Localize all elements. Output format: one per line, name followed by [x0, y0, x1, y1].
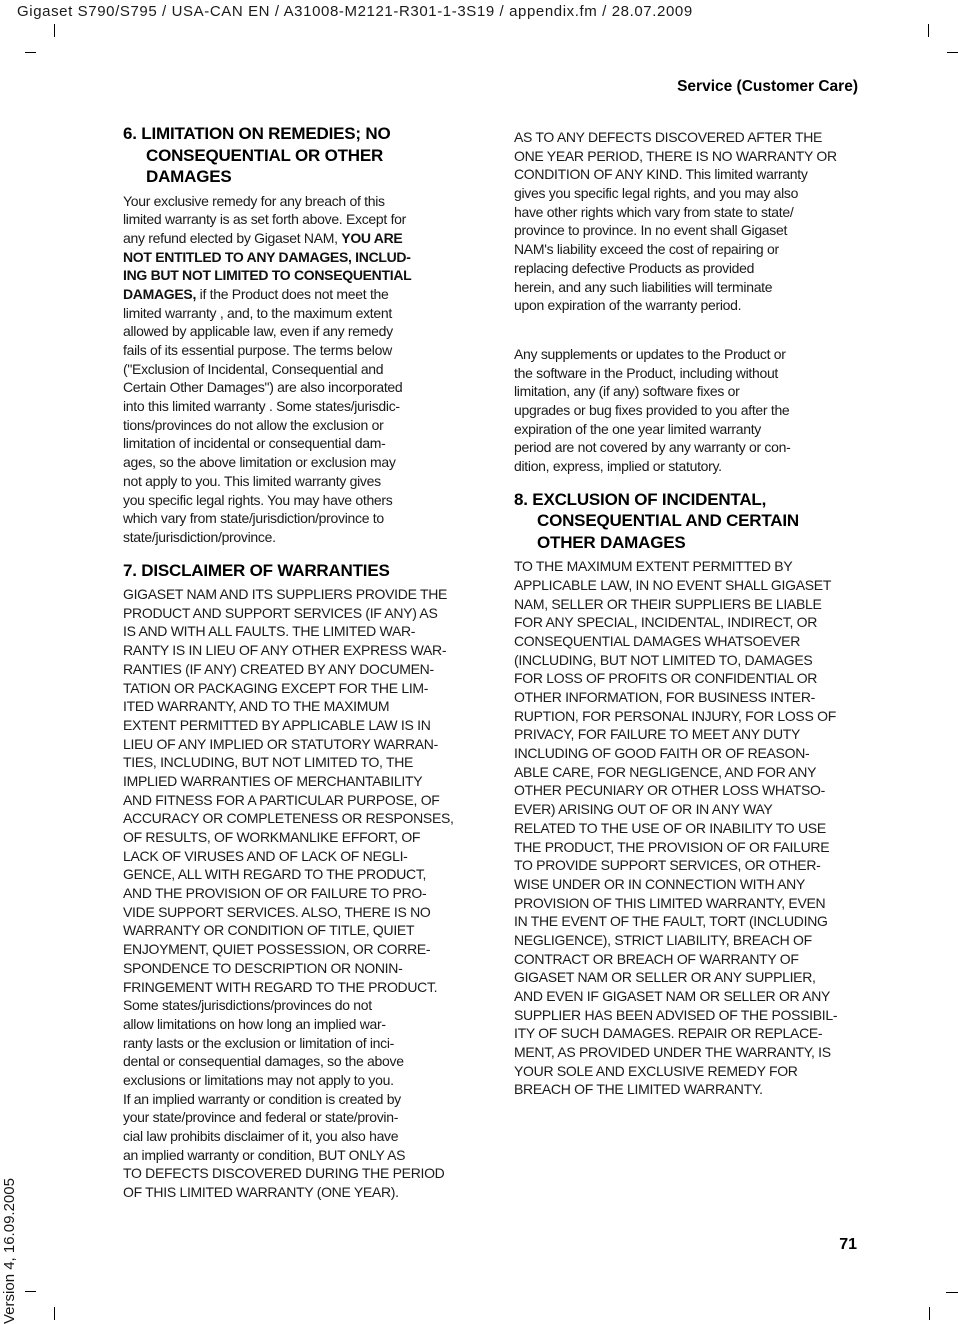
text-line: TIES, INCLUDING, BUT NOT LIMITED TO, THE — [123, 753, 460, 772]
text-line: gives you specific legal rights, and you… — [514, 184, 858, 203]
text-line: ITED WARRANTY, AND TO THE MAXIMUM — [123, 697, 460, 716]
text-line: have other rights which vary from state … — [514, 203, 858, 222]
version-note: Version 4, 16.09.2005 — [1, 1178, 18, 1324]
text-line: Your exclusive remedy for any breach of … — [123, 192, 460, 211]
text-line: RUPTION, FOR PERSONAL INJURY, FOR LOSS O… — [514, 707, 858, 726]
text-line: dental or consequential damages, so the … — [123, 1052, 460, 1071]
text-line: herein, and any such liabilities will te… — [514, 278, 858, 297]
text-line: WARRANTY OR CONDITION OF TITLE, QUIET — [123, 921, 460, 940]
text-line: NEGLIGENCE), STRICT LIABILITY, BREACH OF — [514, 931, 858, 950]
text-line: SPONDENCE TO DESCRIPTION OR NONIN- — [123, 959, 460, 978]
text-line: period are not covered by any warranty o… — [514, 438, 858, 457]
text-line: the software in the Product, including w… — [514, 364, 858, 383]
text-line: limited warranty , and, to the maximum e… — [123, 304, 460, 323]
text-line: ranty lasts or the exclusion or limitati… — [123, 1034, 460, 1053]
text-line: GENCE, ALL WITH REGARD TO THE PRODUCT, — [123, 865, 460, 884]
text-line: SUPPLIER HAS BEEN ADVISED OF THE POSSIBI… — [514, 1006, 858, 1025]
text-line: OTHER PECUNIARY OR OTHER LOSS WHATSO- — [514, 781, 858, 800]
heading-line: OTHER DAMAGES — [514, 532, 858, 554]
text-line: EVER) ARISING OUT OF OR IN ANY WAY — [514, 800, 858, 819]
text-line: AS TO ANY DEFECTS DISCOVERED AFTER THE — [514, 128, 858, 147]
text-line: TATION OR PACKAGING EXCEPT FOR THE LIM- — [123, 679, 460, 698]
text-line: limitation of incidental or consequentia… — [123, 434, 460, 453]
text-line: VIDE SUPPORT SERVICES. ALSO, THERE IS NO — [123, 903, 460, 922]
text-line: replacing defective Products as provided — [514, 259, 858, 278]
text-line: tions/provinces do not allow the exclusi… — [123, 416, 460, 435]
crop-mark — [929, 1307, 930, 1320]
text-line: state/jurisdiction/province. — [123, 528, 460, 547]
text-line: FOR ANY SPECIAL, INCIDENTAL, INDIRECT, O… — [514, 613, 858, 632]
text-line: AND EVEN IF GIGASET NAM OR SELLER OR ANY — [514, 987, 858, 1006]
crop-mark — [928, 24, 929, 37]
text-line: which vary from state/jurisdiction/provi… — [123, 509, 460, 528]
text-line: OF THIS LIMITED WARRANTY (ONE YEAR). — [123, 1183, 460, 1202]
text-line: cial law prohibits disclaimer of it, you… — [123, 1127, 460, 1146]
text-line: ING BUT NOT LIMITED TO CONSEQUENTIAL — [123, 266, 460, 285]
text-line: ONE YEAR PERIOD, THERE IS NO WARRANTY OR — [514, 147, 858, 166]
text-line: YOUR SOLE AND EXCLUSIVE REMEDY FOR — [514, 1062, 858, 1081]
text-line: FOR LOSS OF PROFITS OR CONFIDENTIAL OR — [514, 669, 858, 688]
text-line: PRODUCT AND SUPPORT SERVICES (IF ANY) AS — [123, 604, 460, 623]
text-line: IMPLIED WARRANTIES OF MERCHANTABILITY — [123, 772, 460, 791]
text-line: MENT, AS PROVIDED UNDER THE WARRANTY, IS — [514, 1043, 858, 1062]
text-line: (INCLUDING, BUT NOT LIMITED TO, DAMAGES — [514, 651, 858, 670]
text-line: INCLUDING OF GOOD FAITH OR OF REASON- — [514, 744, 858, 763]
text-line: RANTY IS IN LIEU OF ANY OTHER EXPRESS WA… — [123, 641, 460, 660]
running-section-title: Service (Customer Care) — [677, 78, 858, 96]
text-line: GIGASET NAM AND ITS SUPPLIERS PROVIDE TH… — [123, 585, 460, 604]
text-line: an implied warranty or condition, BUT ON… — [123, 1146, 460, 1165]
crop-mark — [54, 1307, 55, 1320]
right-column: AS TO ANY DEFECTS DISCOVERED AFTER THEON… — [514, 123, 858, 1099]
page-number: 71 — [839, 1236, 857, 1254]
heading-line: 7. DISCLAIMER OF WARRANTIES — [123, 560, 460, 582]
paragraph: TO THE MAXIMUM EXTENT PERMITTED BYAPPLIC… — [514, 557, 858, 1099]
text-line: limitation, any (if any) software fixes … — [514, 382, 858, 401]
text-line: LACK OF VIRUSES AND OF LACK OF NEGLI- — [123, 847, 460, 866]
text-line: NOT ENTITLED TO ANY DAMAGES, INCLUD- — [123, 248, 460, 267]
text-line: TO DEFECTS DISCOVERED DURING THE PERIOD — [123, 1164, 460, 1183]
heading-line: CONSEQUENTIAL OR OTHER — [123, 145, 460, 167]
text-line: exclusions or limitations may not apply … — [123, 1071, 460, 1090]
text-line: Some states/jurisdictions/provinces do n… — [123, 996, 460, 1015]
text-line: If an implied warranty or condition is c… — [123, 1090, 460, 1109]
text-line: allowed by applicable law, even if any r… — [123, 322, 460, 341]
text-line: PRIVACY, FOR FAILURE TO MEET ANY DUTY — [514, 725, 858, 744]
text-line: not apply to you. This limited warranty … — [123, 472, 460, 491]
text-line: ages, so the above limitation or exclusi… — [123, 453, 460, 472]
heading-line: DAMAGES — [123, 166, 460, 188]
text-line: allow limitations on how long an implied… — [123, 1015, 460, 1034]
text-line: LIEU OF ANY IMPLIED OR STATUTORY WARRAN- — [123, 735, 460, 754]
document-header: Gigaset S790/S795 / USA-CAN EN / A31008-… — [17, 3, 693, 20]
text-line: THE PRODUCT, THE PROVISION OF OR FAILURE — [514, 838, 858, 857]
crop-mark — [25, 1291, 36, 1292]
text-line: upgrades or bug fixes provided to you af… — [514, 401, 858, 420]
paragraph: Any supplements or updates to the Produc… — [514, 345, 858, 476]
section-heading: 6. LIMITATION ON REMEDIES; NOCONSEQUENTI… — [123, 123, 460, 188]
section-heading: 7. DISCLAIMER OF WARRANTIES — [123, 560, 460, 582]
text-line: limited warranty is as set forth above. … — [123, 210, 460, 229]
text-line: IN THE EVENT OF THE FAULT, TORT (INCLUDI… — [514, 912, 858, 931]
text-line: APPLICABLE LAW, IN NO EVENT SHALL GIGASE… — [514, 576, 858, 595]
crop-mark — [946, 1292, 958, 1293]
paragraph: Your exclusive remedy for any breach of … — [123, 192, 460, 547]
paragraph: GIGASET NAM AND ITS SUPPLIERS PROVIDE TH… — [123, 585, 460, 1202]
text-line: ENJOYMENT, QUIET POSSESSION, OR CORRE- — [123, 940, 460, 959]
heading-line: 8. EXCLUSION OF INCIDENTAL, — [514, 489, 858, 511]
text-line: NAM's liability exceed the cost of repai… — [514, 240, 858, 259]
text-line: your state/province and federal or state… — [123, 1108, 460, 1127]
text-line: EXTENT PERMITTED BY APPLICABLE LAW IS IN — [123, 716, 460, 735]
text-line: ITY OF SUCH DAMAGES. REPAIR OR REPLACE- — [514, 1024, 858, 1043]
text-line: into this limited warranty . Some states… — [123, 397, 460, 416]
text-line: you specific legal rights. You may have … — [123, 491, 460, 510]
text-line: GIGASET NAM OR SELLER OR ANY SUPPLIER, — [514, 968, 858, 987]
text-line: NAM, SELLER OR THEIR SUPPLIERS BE LIABLE — [514, 595, 858, 614]
text-line: ACCURACY OR COMPLETENESS OR RESPONSES, — [123, 809, 460, 828]
text-line: ("Exclusion of Incidental, Consequential… — [123, 360, 460, 379]
text-line: BREACH OF THE LIMITED WARRANTY. — [514, 1080, 858, 1099]
crop-mark — [947, 52, 958, 53]
text-line: expiration of the one year limited warra… — [514, 420, 858, 439]
text-line: CONSEQUENTIAL DAMAGES WHATSOEVER — [514, 632, 858, 651]
text-line: province to province. In no event shall … — [514, 221, 858, 240]
text-line: Certain Other Damages") are also incorpo… — [123, 378, 460, 397]
text-line: RELATED TO THE USE OF OR INABILITY TO US… — [514, 819, 858, 838]
left-column: 6. LIMITATION ON REMEDIES; NOCONSEQUENTI… — [123, 123, 460, 1202]
text-line: Any supplements or updates to the Produc… — [514, 345, 858, 364]
text-line: DAMAGES, if the Product does not meet th… — [123, 285, 460, 304]
text-line: any refund elected by Gigaset NAM, YOU A… — [123, 229, 460, 248]
text-line: RANTIES (IF ANY) CREATED BY ANY DOCUMEN- — [123, 660, 460, 679]
heading-line: CONSEQUENTIAL AND CERTAIN — [514, 510, 858, 532]
text-line: OF RESULTS, OF WORKMANLIKE EFFORT, OF — [123, 828, 460, 847]
text-line: PROVISION OF THIS LIMITED WARRANTY, EVEN — [514, 894, 858, 913]
text-line: CONTRACT OR BREACH OF WARRANTY OF — [514, 950, 858, 969]
text-line: FRINGEMENT WITH REGARD TO THE PRODUCT. — [123, 978, 460, 997]
paragraph: AS TO ANY DEFECTS DISCOVERED AFTER THEON… — [514, 128, 858, 315]
text-line: OTHER INFORMATION, FOR BUSINESS INTER- — [514, 688, 858, 707]
text-line: dition, express, implied or statutory. — [514, 457, 858, 476]
text-line: AND FITNESS FOR A PARTICULAR PURPOSE, OF — [123, 791, 460, 810]
text-line: TO THE MAXIMUM EXTENT PERMITTED BY — [514, 557, 858, 576]
text-line: ABLE CARE, FOR NEGLIGENCE, AND FOR ANY — [514, 763, 858, 782]
crop-mark — [25, 52, 36, 53]
text-line: AND THE PROVISION OF OR FAILURE TO PRO- — [123, 884, 460, 903]
text-line: TO PROVIDE SUPPORT SERVICES, OR OTHER- — [514, 856, 858, 875]
section-heading: 8. EXCLUSION OF INCIDENTAL,CONSEQUENTIAL… — [514, 489, 858, 554]
document-page: Gigaset S790/S795 / USA-CAN EN / A31008-… — [0, 0, 958, 1324]
text-line: IS AND WITH ALL FAULTS. THE LIMITED WAR- — [123, 622, 460, 641]
heading-line: 6. LIMITATION ON REMEDIES; NO — [123, 123, 460, 145]
text-line: CONDITION OF ANY KIND. This limited warr… — [514, 165, 858, 184]
crop-mark — [54, 24, 55, 37]
text-line: fails of its essential purpose. The term… — [123, 341, 460, 360]
text-line: WISE UNDER OR IN CONNECTION WITH ANY — [514, 875, 858, 894]
text-line: upon expiration of the warranty period. — [514, 296, 858, 315]
